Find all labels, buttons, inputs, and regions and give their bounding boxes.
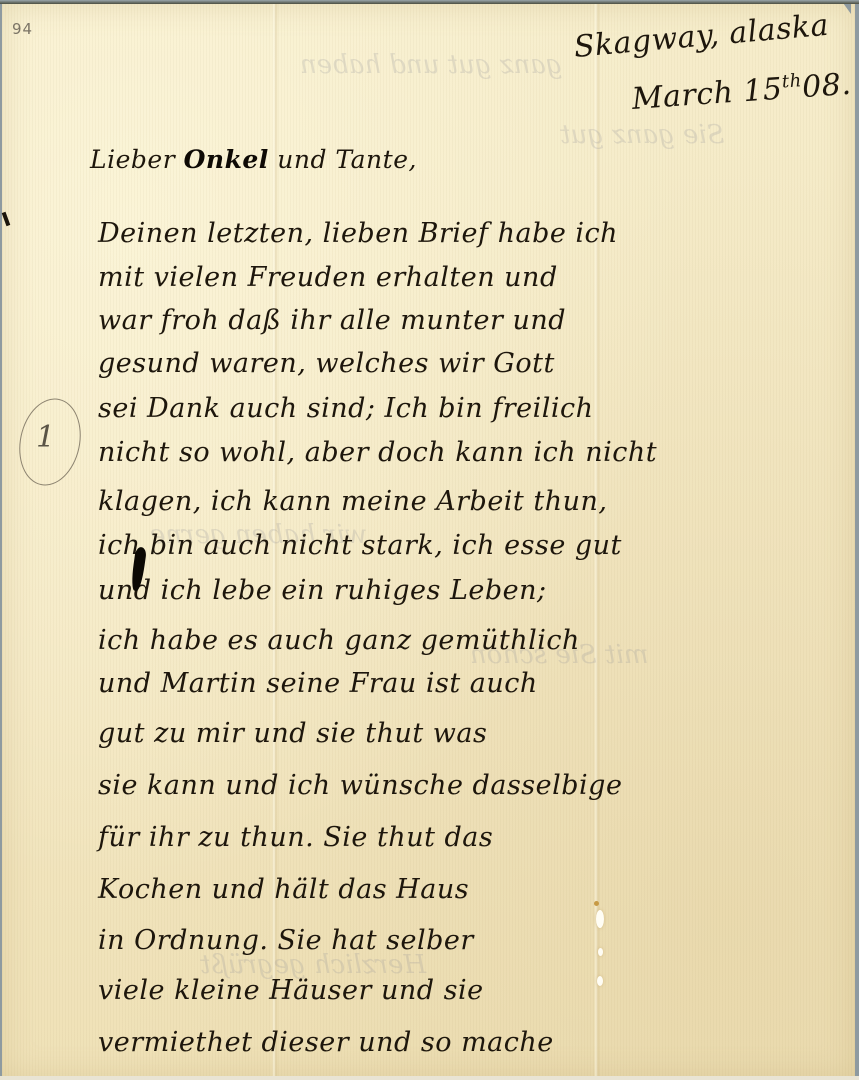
body-line: mit vielen Freuden erhalten und: [98, 262, 558, 293]
body-line: und ich lebe ein ruhiges Leben;: [98, 575, 547, 606]
body-line: Kochen und hält das Haus: [98, 874, 469, 905]
body-line: und Martin seine Frau ist auch: [98, 668, 538, 699]
body-line: vermiethet dieser und so mache: [98, 1027, 554, 1058]
salutation: Lieber Onkel und Tante,: [90, 145, 417, 174]
paper-stain: [594, 901, 599, 906]
salutation-rest: und Tante,: [277, 145, 417, 174]
body-line: nicht so wohl, aber doch kann ich nicht: [98, 437, 657, 468]
body-line: Deinen letzten, lieben Brief habe ich: [98, 218, 618, 249]
body-line: gesund waren, welches wir Gott: [98, 348, 555, 379]
date-year: 08.: [801, 67, 853, 105]
salutation-word-onkel: Onkel: [184, 145, 269, 174]
torn-corner: [839, 4, 851, 14]
body-line: klagen, ich kann meine Arbeit thun,: [98, 486, 607, 517]
body-line: gut zu mir und sie thut was: [98, 718, 487, 749]
body-line: war froh daß ihr alle munter und: [98, 305, 566, 336]
body-line: in Ordnung. Sie hat selber: [98, 925, 474, 956]
body-line: sie kann und ich wünsche dasselbige: [98, 770, 622, 801]
paper-wear-hole: [597, 976, 603, 986]
body-line: ich bin auch nicht stark, ich esse gut: [98, 530, 622, 561]
body-line: sei Dank auch sind; Ich bin freilich: [98, 393, 594, 424]
paper-wear-hole: [596, 910, 604, 928]
body-line: für ihr zu thun. Sie thut das: [98, 822, 493, 853]
circled-number: 1: [36, 420, 55, 455]
body-line: viele kleine Häuser und sie: [98, 975, 484, 1006]
scan-bottom-border: [0, 1076, 859, 1080]
paper-wear-hole: [598, 948, 603, 956]
scanned-letter: ganz gut und haben Sie ganz gut wir habe…: [0, 0, 859, 1080]
date-ordinal: th: [781, 70, 802, 92]
salutation-word-lieber: Lieber: [90, 145, 175, 174]
archive-page-number: 94: [12, 20, 33, 38]
body-line: ich habe es auch ganz gemüthlich: [98, 625, 580, 656]
